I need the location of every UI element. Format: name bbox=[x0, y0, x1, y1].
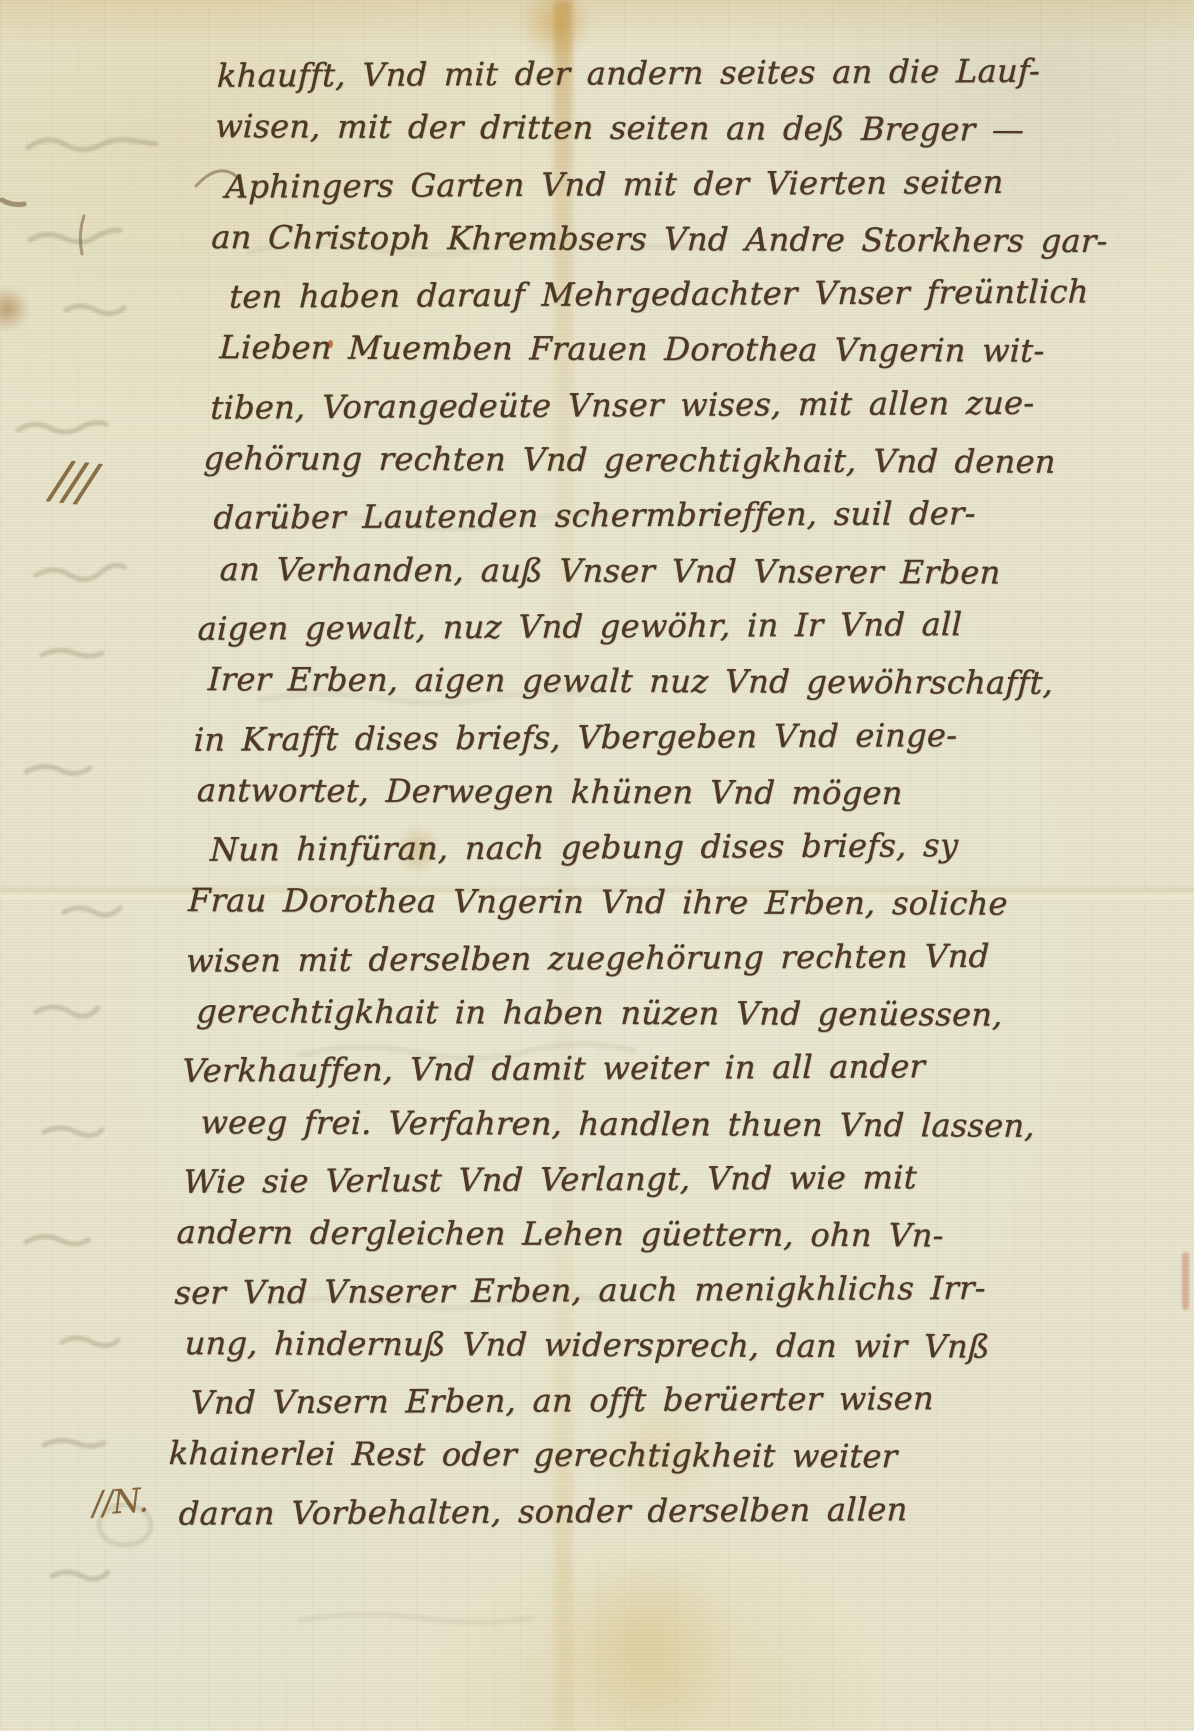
manuscript-line: Frau Dorothea Vngerin Vnd ihre Erben, so… bbox=[187, 874, 1079, 933]
manuscript-line: wisen, mit der dritten seiten an deß Bre… bbox=[214, 99, 1106, 158]
manuscript-line: gehörung rechten Vnd gerechtigkhait, Vnd… bbox=[203, 431, 1095, 490]
manuscript-line: Nun hinfüran, nach gebung dises briefs, … bbox=[209, 817, 1081, 878]
age-stain bbox=[1182, 1252, 1189, 1310]
manuscript-line: gerechtigkhait in haben nüzen Vnd genües… bbox=[195, 984, 1075, 1043]
manuscript-line: ser Vnd Vnserer Erben, auch menigkhlichs… bbox=[174, 1260, 1066, 1321]
manuscript-page: /// //N. khaufft, Vnd mit der andern sei… bbox=[0, 0, 1194, 1731]
manuscript-line: andern dergleichen Lehen güettern, ohn V… bbox=[176, 1205, 1068, 1264]
manuscript-line: wisen mit derselben zuegehörung rechten … bbox=[185, 928, 1077, 989]
manuscript-line: khainerlei Rest oder gerechtigkheit weit… bbox=[168, 1426, 1060, 1485]
manuscript-line: darüber Lautenden schermbrieffen, suil d… bbox=[213, 486, 1093, 547]
manuscript-line: Aphingers Garten Vnd mit der Vierten sei… bbox=[224, 154, 1104, 215]
manuscript-line: in Krafft dises briefs, Vbergeben Vnd ei… bbox=[193, 707, 1085, 768]
manuscript-line: tiben, Vorangedeüte Vnser wises, mit all… bbox=[210, 375, 1097, 436]
manuscript-scan: /// //N. khaufft, Vnd mit der andern sei… bbox=[0, 0, 1194, 1731]
manuscript-line: antwortet, Derwegen khünen Vnd mögen bbox=[196, 763, 1083, 822]
manuscript-line: an Verhanden, auß Vnser Vnd Vnserer Erbe… bbox=[219, 542, 1091, 601]
manuscript-line: weeg frei. Verfahren, handlen thuen Vnd … bbox=[199, 1095, 1071, 1154]
manuscript-text: khaufft, Vnd mit der andern seites an di… bbox=[166, 46, 1108, 1539]
manuscript-line: Verkhauffen, Vnd damit weiter in all and… bbox=[181, 1039, 1073, 1100]
manuscript-line: an Christoph Khrembsers Vnd Andre Storkh… bbox=[210, 210, 1102, 269]
manuscript-line: Lieben Muemben Frauen Dorothea Vngerin w… bbox=[218, 321, 1098, 380]
manuscript-line: khaufft, Vnd mit der andern seites an di… bbox=[216, 43, 1108, 104]
age-stain bbox=[0, 286, 30, 332]
marginal-note-mark: //N. bbox=[91, 1480, 149, 1523]
manuscript-line: ung, hindernuß Vnd widersprech, dan wir … bbox=[184, 1316, 1064, 1375]
manuscript-line: ten haben darauf Mehrgedachter Vnser fre… bbox=[228, 265, 1100, 326]
manuscript-line: Wie sie Verlust Vnd Verlangt, Vnd wie mi… bbox=[183, 1149, 1070, 1210]
manuscript-line: Vnd Vnsern Erben, an offt berüerter wise… bbox=[190, 1370, 1062, 1431]
manuscript-line: daran Vorbehalten, sonder derselben alle… bbox=[178, 1481, 1058, 1542]
age-stain bbox=[556, 1556, 736, 1731]
marginal-revision-mark: /// bbox=[49, 450, 96, 514]
manuscript-line: Irer Erben, aigen gewalt nuz Vnd gewöhrs… bbox=[207, 652, 1087, 711]
manuscript-line: aigen gewalt, nuz Vnd gewöhr, in Ir Vnd … bbox=[197, 596, 1089, 657]
